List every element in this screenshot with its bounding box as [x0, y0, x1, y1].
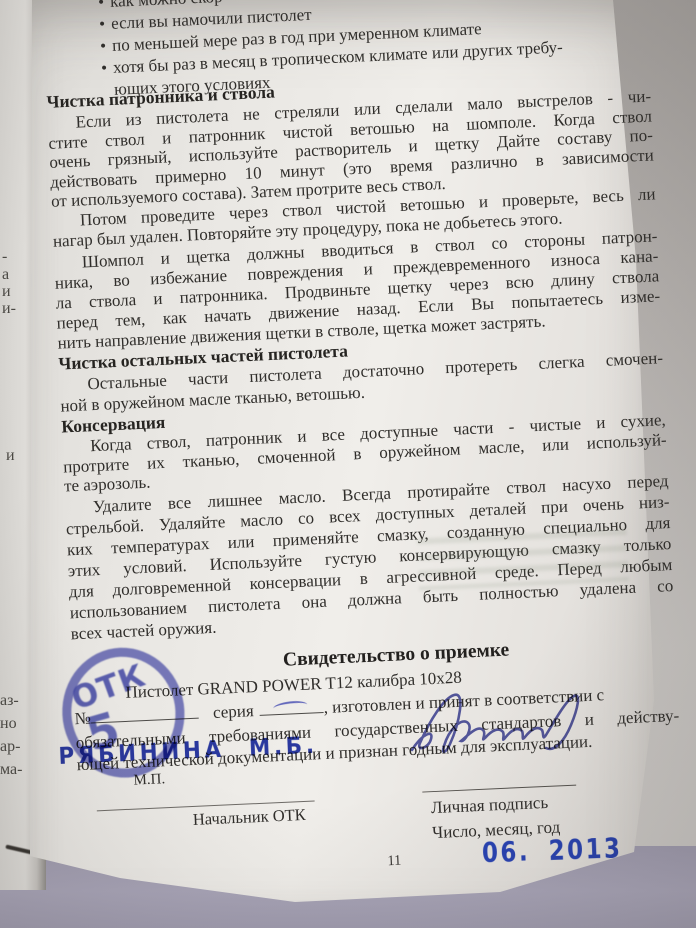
facing-page-text-fragment: а [2, 266, 28, 284]
page-showthrough [417, 529, 629, 590]
series-label: серия [213, 701, 255, 722]
series-blank-field [259, 698, 324, 716]
facing-page-text-fragment: ар- [0, 738, 26, 756]
date-stamp: 06. 2013 [481, 831, 623, 869]
facing-page-text-fragment: и- [2, 300, 28, 318]
facing-page-text-fragment: но [0, 715, 26, 733]
facing-page-text-fragment: и [2, 283, 28, 301]
stamp-gap [225, 756, 249, 757]
bullet-icon: • [94, 35, 113, 58]
bullet-icon: • [93, 13, 112, 36]
page-number: 11 [387, 853, 402, 871]
handwritten-signature [404, 684, 594, 770]
facing-page-text-fragment: и [6, 447, 32, 465]
facing-page-text-fragment: - [2, 248, 28, 266]
bullet-icon: • [92, 0, 111, 14]
pen-mark [273, 700, 308, 714]
bullet-icon: • [95, 57, 114, 80]
photo-of-manual-page: - а и и- и аз- но ар- ма- •как можно ско… [0, 0, 696, 928]
facing-page-text-fragment: ма- [0, 761, 26, 779]
inspector-initials: М.Б. [248, 733, 318, 762]
page-content: •как можно скор •если вы намочили пистол… [42, 0, 687, 927]
facing-page-text-fragment: аз- [0, 692, 26, 710]
